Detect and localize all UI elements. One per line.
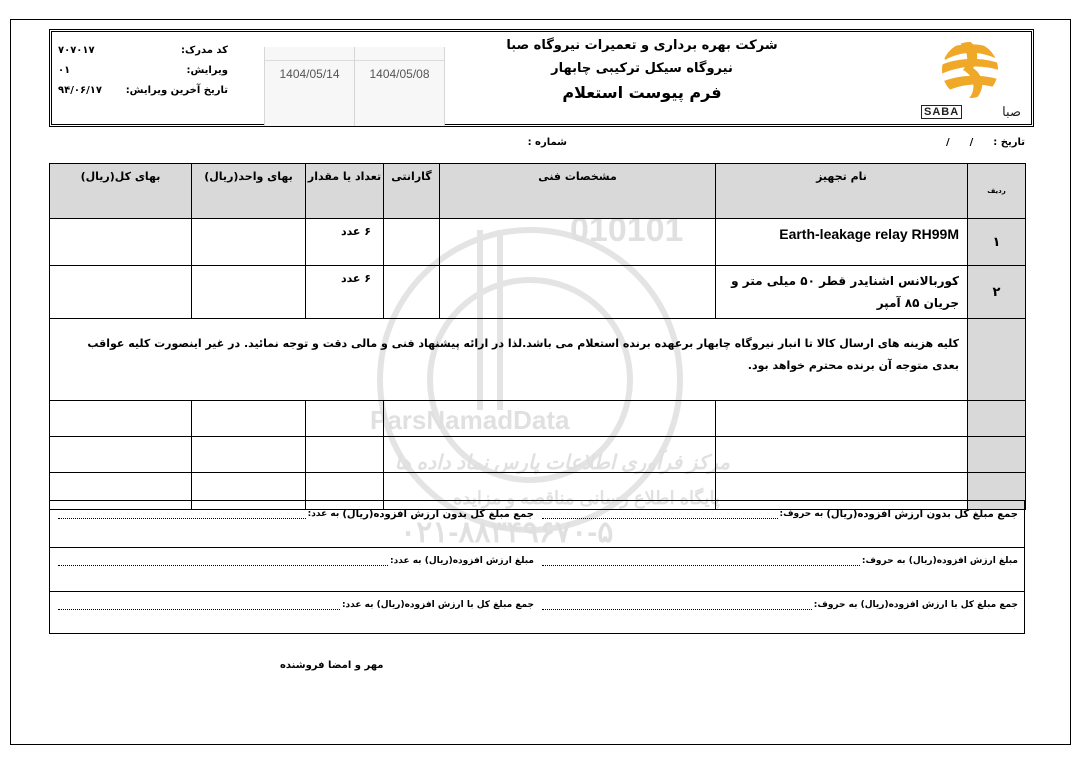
unit-price-cell[interactable]: [192, 437, 306, 473]
form-header: کد مدرک: ۷۰۷۰۱۷ ویرایش: ۰۱ تاریخ آخرین و…: [49, 29, 1034, 127]
date-stamp-1-value: 1404/05/14: [265, 67, 354, 81]
col-header-equipment: نام تجهیز: [716, 164, 968, 219]
row-number: [968, 401, 1026, 437]
total-with-vat-words: جمع مبلغ کل با ارزش افزوده(ریال) به حروف…: [540, 600, 1018, 633]
total-with-vat-number-field[interactable]: [58, 600, 340, 610]
specs-cell[interactable]: [440, 266, 716, 319]
form-title: فرم پیوست استعلام: [452, 83, 832, 102]
number-field: شماره :: [528, 137, 567, 148]
warranty-cell[interactable]: [384, 266, 440, 319]
table-row: ۱ Earth-leakage relay RH99M ۶ عدد: [50, 219, 1026, 266]
date-stamp-2: 1404/05/08: [355, 47, 445, 126]
company-name: شرکت بهره برداری و تعمیرات نیروگاه صبا: [452, 38, 832, 53]
total-price-cell[interactable]: [50, 401, 192, 437]
total-without-vat-number-field[interactable]: [58, 509, 306, 519]
empty-row: [50, 437, 1026, 473]
specs-cell[interactable]: [384, 401, 716, 437]
revision-label: ویرایش:: [186, 65, 228, 76]
date-stamp-1: 1404/05/14: [265, 47, 355, 126]
total-without-vat-row: جمع مبلغ کل بدون ارزش افزوده(ریال) به حر…: [49, 500, 1025, 548]
note-row: کلیه هزینه های ارسال کالا تا انبار نیروگ…: [50, 319, 1026, 401]
col-header-warranty: گارانتی: [384, 164, 440, 219]
total-price-cell[interactable]: [50, 266, 192, 319]
seller-signature-label: مهر و امضا فروشنده: [280, 660, 383, 671]
totals-section: جمع مبلغ کل بدون ارزش افزوده(ریال) به حر…: [49, 500, 1025, 634]
logo-wordmark: SABA صبا: [921, 104, 1021, 120]
quantity-cell[interactable]: [306, 437, 384, 473]
table-row: ۲ کوربالانس اشنایدر قطر ۵۰ میلی متر و جر…: [50, 266, 1026, 319]
logo-latin: SABA: [921, 105, 962, 119]
date-label: تاریخ :: [993, 137, 1025, 148]
empty-row: [50, 401, 1026, 437]
quantity-cell[interactable]: [306, 401, 384, 437]
unit-price-cell[interactable]: [192, 266, 306, 319]
last-revision-label: تاریخ آخرین ویرایش:: [126, 85, 228, 96]
shipping-note: کلیه هزینه های ارسال کالا تا انبار نیروگ…: [50, 319, 968, 401]
plant-name: نیروگاه سیکل ترکیبی چابهار: [452, 61, 832, 76]
unit-price-cell[interactable]: [192, 219, 306, 266]
total-price-cell[interactable]: [50, 437, 192, 473]
revision-value: ۰۱: [58, 65, 70, 76]
vat-amount-number-field[interactable]: [58, 556, 388, 566]
unit-price-cell[interactable]: [192, 401, 306, 437]
saba-globe-icon: [915, 36, 1025, 102]
specs-cell[interactable]: [384, 437, 716, 473]
quantity-cell: ۶ عدد: [306, 219, 384, 266]
logo-persian: صبا: [1002, 104, 1021, 120]
equipment-name: Earth-leakage relay RH99M: [716, 219, 968, 266]
equipment-name: کوربالانس اشنایدر قطر ۵۰ میلی متر و جریا…: [716, 266, 968, 319]
row-number: [968, 319, 1026, 401]
date-stamps: 1404/05/14 1404/05/08: [264, 47, 445, 126]
equipment-name-text: Earth-leakage relay RH99M: [779, 223, 959, 245]
total-with-vat-words-field[interactable]: [542, 600, 812, 610]
col-header-quantity: تعداد یا مقدار: [306, 164, 384, 219]
specs-cell[interactable]: [440, 219, 716, 266]
total-with-vat-row: جمع مبلغ کل با ارزش افزوده(ریال) به حروف…: [49, 592, 1025, 634]
row-number: ۱: [968, 219, 1026, 266]
saba-logo: SABA صبا: [915, 36, 1025, 122]
col-header-unit-price: بهای واحد(ریال): [192, 164, 306, 219]
meta-line: تاریخ : / / شماره :: [50, 137, 1025, 153]
table-header-row: ردیف نام تجهیز مشخصات فنی گارانتی تعداد …: [50, 164, 1026, 219]
date-field: تاریخ : / /: [946, 137, 1025, 148]
quantity-cell: ۶ عدد: [306, 266, 384, 319]
row-number: ۲: [968, 266, 1026, 319]
equipment-name[interactable]: [716, 401, 968, 437]
col-header-total-price: بهای کل(ریال): [50, 164, 192, 219]
col-header-specs: مشخصات فنی: [440, 164, 716, 219]
vat-amount-words: مبلغ ارزش افزوده(ریال) به حروف:: [540, 556, 1018, 591]
total-without-vat-words: جمع مبلغ کل بدون ارزش افزوده(ریال) به حر…: [540, 509, 1018, 547]
last-revision-value: ۹۴/۰۶/۱۷: [58, 85, 102, 96]
total-without-vat-number: جمع مبلغ کل بدون ارزش افزوده(ریال) به عد…: [56, 509, 534, 547]
vat-amount-number: مبلغ ارزش افزوده(ریال) به عدد:: [56, 556, 534, 591]
row-number: [968, 437, 1026, 473]
total-price-cell[interactable]: [50, 219, 192, 266]
date-slash-1: /: [970, 137, 974, 148]
number-label: شماره :: [528, 137, 567, 148]
equipment-name[interactable]: [716, 437, 968, 473]
doc-code-value: ۷۰۷۰۱۷: [58, 45, 95, 56]
total-with-vat-number: جمع مبلغ کل با ارزش افزوده(ریال) به عدد:: [56, 600, 534, 633]
col-header-row-no: ردیف: [968, 164, 1026, 219]
total-without-vat-words-field[interactable]: [542, 509, 778, 519]
warranty-cell[interactable]: [384, 219, 440, 266]
items-table: ردیف نام تجهیز مشخصات فنی گارانتی تعداد …: [49, 163, 1026, 510]
vat-amount-row: مبلغ ارزش افزوده(ریال) به حروف: مبلغ ارز…: [49, 548, 1025, 592]
company-title-block: شرکت بهره برداری و تعمیرات نیروگاه صبا ن…: [452, 32, 832, 102]
vat-amount-words-field[interactable]: [542, 556, 860, 566]
document-info: کد مدرک: ۷۰۷۰۱۷ ویرایش: ۰۱ تاریخ آخرین و…: [58, 40, 228, 100]
doc-code-label: کد مدرک:: [181, 45, 228, 56]
date-slash-2: /: [946, 137, 950, 148]
date-stamp-2-value: 1404/05/08: [355, 67, 444, 81]
